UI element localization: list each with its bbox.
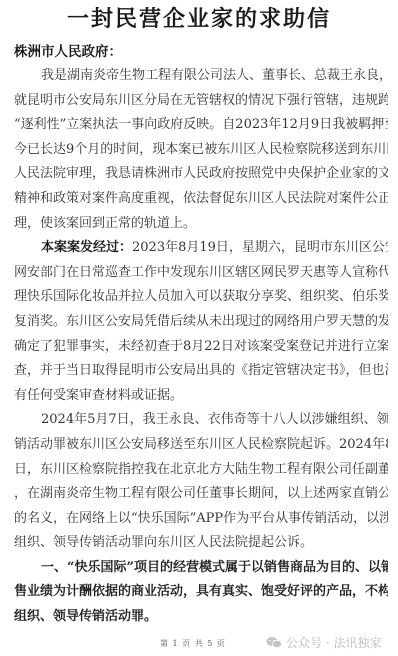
text-line: 理快乐国际化妆品并拉人员加入可以获取分享奖、组织奖、伯乐奖、 [14, 285, 388, 310]
watermark: 公众号 · 法讯独家 [266, 634, 381, 651]
line-text: 有任何受案审查材料或证据。 [14, 388, 183, 403]
line-text: 销活动罪被东川区公安局移送至东川区人民检察院起诉。2024年8月7 [14, 437, 388, 452]
text-line: 查，并于当日取得昆明市公安局出具的《指定管辖决定书》，但也没 [14, 359, 388, 384]
line-text: 2024年5月7日，我王永良、衣伟奇等十八人以涉嫌组织、领导传 [41, 412, 388, 427]
text-line: 组织、领导传销活动罪向东川区人民法院提起公诉。 [14, 531, 388, 556]
section-lead: 本案案发经过： [41, 240, 132, 255]
text-line: 本案案发经过：2023年8月19日，星期六，昆明市东川区公安局 [14, 236, 388, 261]
watermark-text: 公众号 · 法讯独家 [286, 634, 381, 651]
line-text: 一、“快乐国际”项目的经营模式属于以销售商品为目的、以销 [41, 560, 388, 575]
text-line: 今已长达9个月的时间，现本案已被东川区人民检察院移送到东川区 [14, 138, 388, 163]
text-line: 一、“快乐国际”项目的经营模式属于以销售商品为目的、以销 [14, 556, 388, 581]
line-text: 复消奖。东川区公安局凭借后续从未出现过的网络用户罗天慧的发言 [14, 314, 388, 329]
line-text: 人民法院审理，我恳请株洲市人民政府按照党中央保护企业家的文件 [14, 166, 388, 181]
wechat-icon [266, 636, 282, 649]
text-line: 的名义，在网络上以“快乐国际”APP作为平台从事传销活动，以涉嫌 [14, 507, 388, 532]
line-text: ，在湖南炎帝生物工程有限公司任董事长期间，以上述两家直销公司 [14, 486, 388, 501]
text-line: 确定了犯罪事实，未经初查于8月22日对该案受案登记并进行立案侦 [14, 335, 388, 360]
text-line: 精神和政策对案件高度重视，依法督促东川区人民法院对案件公正处 [14, 187, 388, 212]
line-text: 的名义，在网络上以“快乐国际”APP作为平台从事传销活动，以涉嫌 [14, 511, 388, 526]
text-line: ，在湖南炎帝生物工程有限公司任董事长期间，以上述两家直销公司 [14, 482, 388, 507]
text-line: 复消奖。东川区公安局凭借后续从未出现过的网络用户罗天慧的发言 [14, 310, 388, 335]
text-line: 销活动罪被东川区公安局移送至东川区人民检察院起诉。2024年8月7 [14, 433, 388, 458]
letter-body: 我是湖南炎帝生物工程有限公司法人、董事长、总裁王永良，现就昆明市公安局东川区分局… [14, 64, 388, 630]
line-text: 我是湖南炎帝生物工程有限公司法人、董事长、总裁王永良，现 [41, 68, 388, 83]
text-line: 我是湖南炎帝生物工程有限公司法人、董事长、总裁王永良，现 [14, 64, 388, 89]
text-line: 日，东川区检察院指控我在北京北方大陆生物工程有限公司任副董事长 [14, 458, 388, 483]
line-text: 售业绩为计酬依据的商业活动，具有真实、饱受好评的产品，不构成 [14, 584, 388, 599]
line-text: 组织、领导传销活动罪。 [14, 609, 157, 624]
line-text: 理快乐国际化妆品并拉人员加入可以获取分享奖、组织奖、伯乐奖、 [14, 289, 388, 304]
line-text: 精神和政策对案件高度重视，依法督促东川区人民法院对案件公正处 [14, 191, 388, 206]
text-line: 售业绩为计酬依据的商业活动，具有真实、饱受好评的产品，不构成 [14, 580, 388, 605]
line-text: 确定了犯罪事实，未经初查于8月22日对该案受案登记并进行立案侦 [14, 339, 388, 354]
line-text: 组织、领导传销活动罪向东川区人民法院提起公诉。 [14, 535, 313, 550]
line-text: 查，并于当日取得昆明市公安局出具的《指定管辖决定书》，但也没 [14, 363, 388, 378]
line-text: 今已长达9个月的时间，现本案已被东川区人民检察院移送到东川区 [14, 142, 388, 157]
salutation: 株洲市人民政府： [14, 40, 122, 60]
text-line: 理，使该案回到正常的轨道上。 [14, 212, 388, 237]
line-text: 网安部门在日常巡查工作中发现东川区辖区网民罗天惠等人宣称代 [14, 265, 388, 280]
document-title: 一封民营企业家的求助信 [0, 2, 398, 33]
line-text: 就昆明市公安局东川区分局在无管辖权的情况下强行管辖，违规跨区 [14, 93, 388, 108]
line-text: 2023年8月19日，星期六，昆明市东川区公安局 [132, 240, 388, 255]
text-line: 2024年5月7日，我王永良、衣伟奇等十八人以涉嫌组织、领导传 [14, 408, 388, 433]
text-line: 组织、领导传销活动罪。 [14, 605, 388, 630]
line-text: “逐利性”立案执法一事向政府反映。自2023年12月9日我被羁押至 [14, 117, 388, 132]
page-indicator: 第 1 页 共 5 页 [160, 638, 226, 649]
text-line: 有任何受案审查材料或证据。 [14, 384, 388, 409]
text-line: 人民法院审理，我恳请株洲市人民政府按照党中央保护企业家的文件 [14, 162, 388, 187]
line-text: 理，使该案回到正常的轨道上。 [14, 216, 196, 231]
text-line: “逐利性”立案执法一事向政府反映。自2023年12月9日我被羁押至 [14, 113, 388, 138]
text-line: 就昆明市公安局东川区分局在无管辖权的情况下强行管辖，违规跨区 [14, 89, 388, 114]
text-line: 网安部门在日常巡查工作中发现东川区辖区网民罗天惠等人宣称代 [14, 261, 388, 286]
line-text: 日，东川区检察院指控我在北京北方大陆生物工程有限公司任副董事长 [14, 462, 388, 477]
